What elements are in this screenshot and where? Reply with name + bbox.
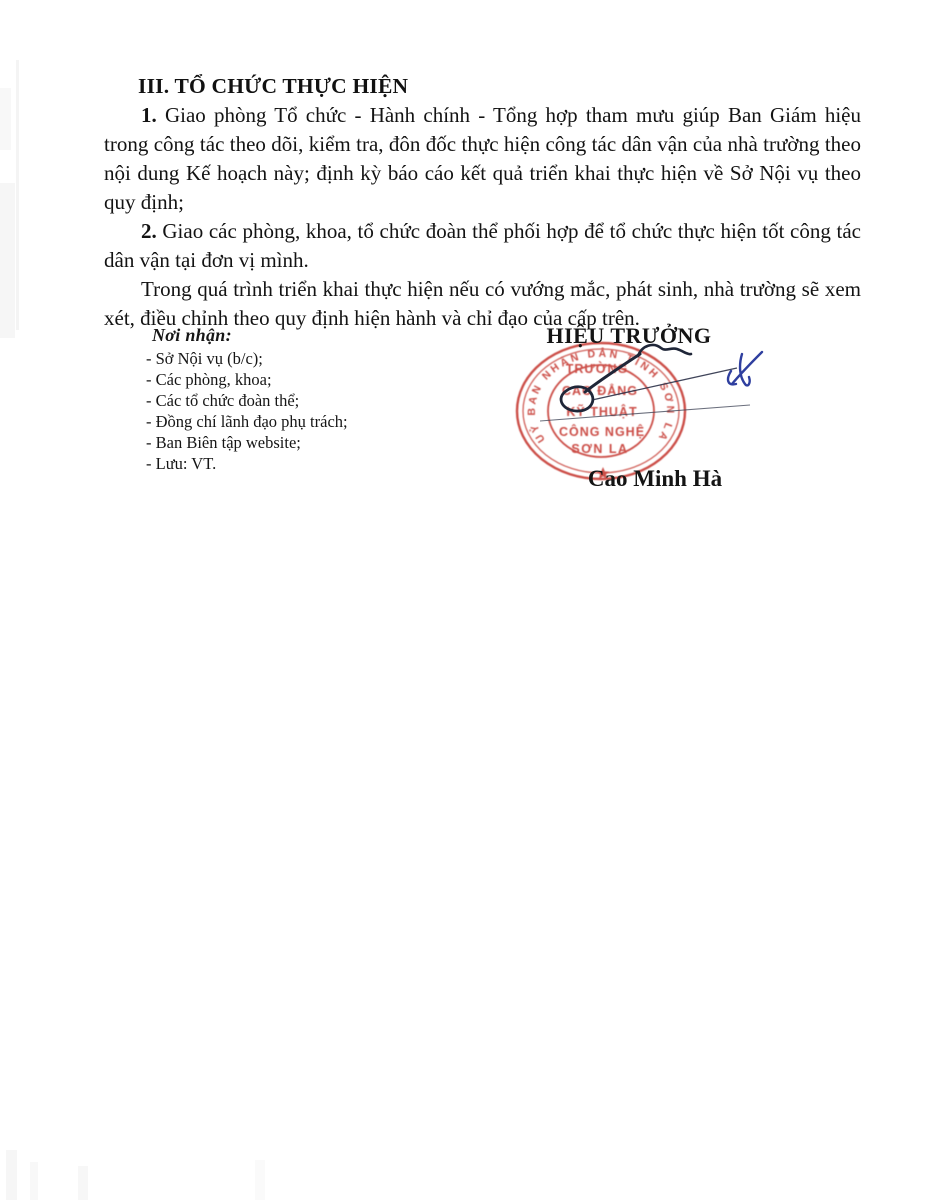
recipients-block: Nơi nhận: - Sở Nội vụ (b/c); - Các phòng… [146, 325, 348, 474]
recipients-heading: Nơi nhận: [152, 325, 348, 346]
recipient-item: - Ban Biên tập website; [146, 432, 348, 453]
scan-artifact [6, 1150, 17, 1200]
scan-artifact [16, 60, 19, 330]
paragraph-2-text: Giao các phòng, khoa, tổ chức đoàn thể p… [104, 219, 861, 272]
scan-artifact [78, 1166, 88, 1200]
recipient-item: - Đồng chí lãnh đạo phụ trách; [146, 411, 348, 432]
document-page: III. TỔ CHỨC THỰC HIỆN 1. Giao phòng Tổ … [0, 0, 927, 1200]
paragraph-2-number: 2. [141, 219, 157, 243]
paragraph-2: 2. Giao các phòng, khoa, tổ chức đoàn th… [104, 217, 861, 275]
recipient-item: - Các tổ chức đoàn thể; [146, 390, 348, 411]
scan-artifact [255, 1160, 265, 1200]
scan-artifact [30, 1162, 38, 1200]
signature-diagonal [585, 354, 640, 392]
recipient-item: - Sở Nội vụ (b/c); [146, 348, 348, 369]
paragraph-1-text: Giao phòng Tổ chức - Hành chính - Tổng h… [104, 103, 861, 214]
section-heading: III. TỔ CHỨC THỰC HIỆN [138, 74, 408, 99]
document-body: 1. Giao phòng Tổ chức - Hành chính - Tổn… [104, 101, 861, 333]
scan-artifact [0, 183, 15, 338]
scan-artifact [0, 88, 11, 150]
signature-top-curl [638, 345, 691, 356]
recipient-item: - Các phòng, khoa; [146, 369, 348, 390]
recipient-item: - Lưu: VT. [146, 453, 348, 474]
paragraph-1: 1. Giao phòng Tổ chức - Hành chính - Tổn… [104, 101, 861, 217]
paragraph-1-number: 1. [141, 103, 157, 127]
handwritten-signature [490, 320, 810, 515]
signature-lower-line [540, 405, 750, 421]
